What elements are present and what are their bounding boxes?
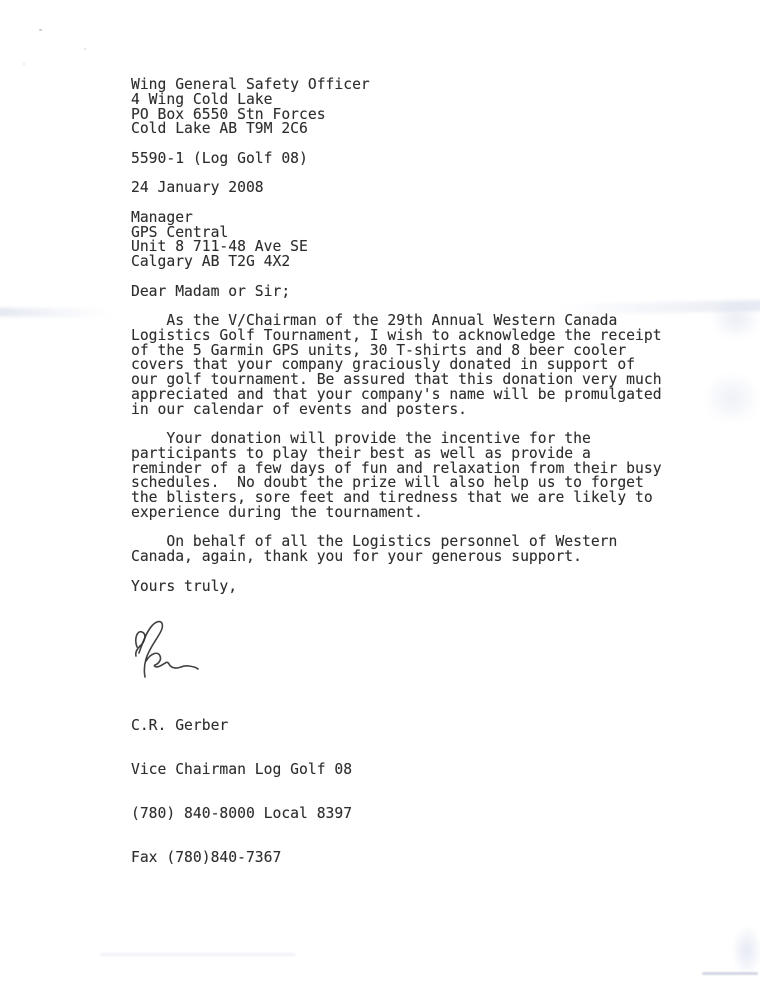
scan-smudge xyxy=(686,896,760,976)
signatory-name: C.R. Gerber xyxy=(131,719,691,734)
file-reference: 5590-1 (Log Golf 08) xyxy=(131,152,691,167)
signatory-title: Vice Chairman Log Golf 08 xyxy=(131,763,691,778)
signature-block: C.R. Gerber Vice Chairman Log Golf 08 (7… xyxy=(131,689,691,896)
scanned-letter-page: Wing General Safety Officer 4 Wing Cold … xyxy=(0,0,760,984)
paragraph-1: As the V/Chairman of the 29th Annual Wes… xyxy=(131,314,691,417)
scan-speck xyxy=(84,48,86,50)
scan-streak xyxy=(100,953,295,956)
scan-speck xyxy=(39,29,42,31)
scan-smudge xyxy=(710,298,760,340)
paragraph-2: Your donation will provide the incentive… xyxy=(131,432,691,521)
scan-smudge xyxy=(703,372,760,424)
sender-address: Wing General Safety Officer 4 Wing Cold … xyxy=(131,78,691,137)
paragraph-3: On behalf of all the Logistics personnel… xyxy=(131,535,691,565)
scan-speck xyxy=(23,63,25,65)
recipient-address: Manager GPS Central Unit 8 711-48 Ave SE… xyxy=(131,211,691,270)
handwritten-signature-icon xyxy=(131,617,201,683)
scan-mark xyxy=(702,972,758,975)
letter-body: Wing General Safety Officer 4 Wing Cold … xyxy=(131,78,691,910)
closing: Yours truly, xyxy=(131,580,691,595)
letter-date: 24 January 2008 xyxy=(131,181,691,196)
signatory-phone: (780) 840-8000 Local 8397 xyxy=(131,807,691,822)
signatory-fax: Fax (780)840-7367 xyxy=(131,851,691,866)
salutation: Dear Madam or Sir; xyxy=(131,285,691,300)
signature-area xyxy=(131,609,691,689)
scan-crease-left xyxy=(0,308,113,318)
